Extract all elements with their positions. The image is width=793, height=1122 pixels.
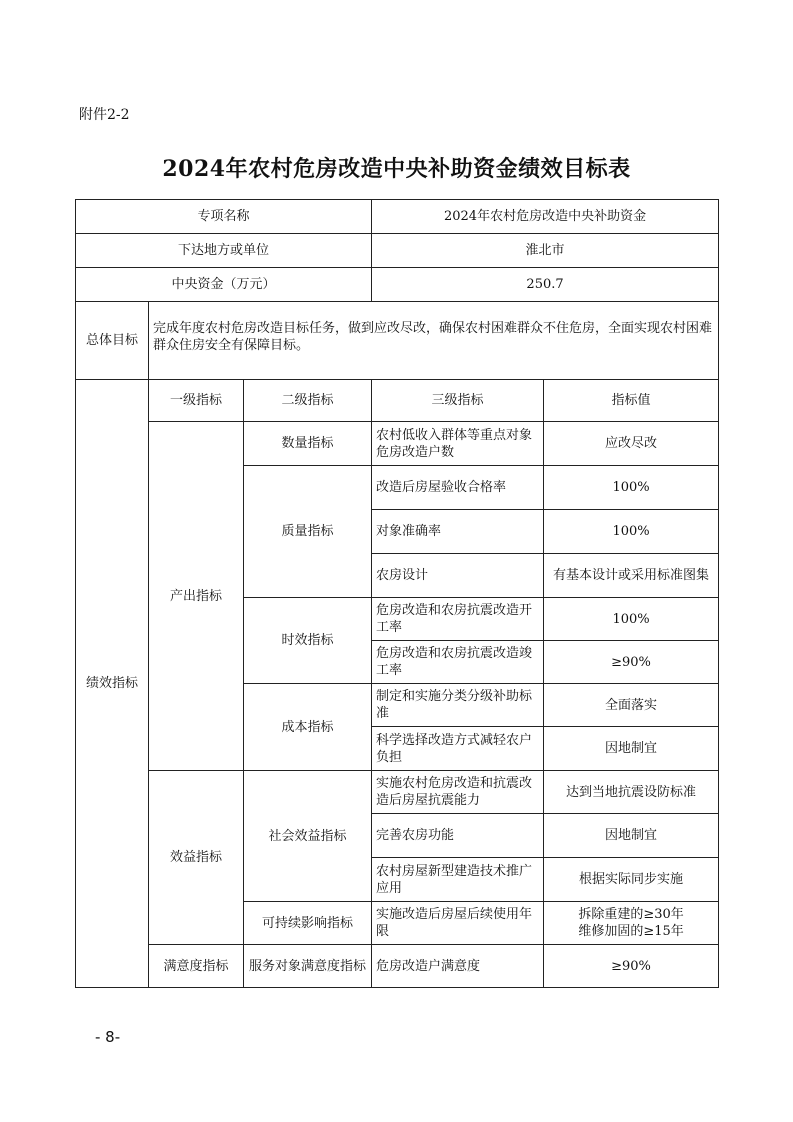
- value-cell: 全面落实: [544, 684, 719, 727]
- info-label: 下达地方或单位: [76, 234, 372, 268]
- level3-cell: 农村房屋新型建造技术推广应用: [372, 858, 544, 902]
- level3-cell: 农房设计: [372, 554, 544, 598]
- header-level2: 二级指标: [244, 380, 372, 422]
- header-level3: 三级指标: [372, 380, 544, 422]
- value-cell: 100%: [544, 598, 719, 641]
- level3-cell: 危房改造和农房抗震改造开工率: [372, 598, 544, 641]
- level1-output: 产出指标: [149, 422, 244, 771]
- attachment-label: 附件2-2: [79, 104, 130, 124]
- level3-cell: 危房改造和农房抗震改造竣工率: [372, 641, 544, 684]
- value-cell: 因地制宜: [544, 727, 719, 771]
- page-number: - 8-: [95, 1028, 120, 1046]
- overall-goal-text: 完成年度农村危房改造目标任务，做到应改尽改，确保农村困难群众不住危房，全面实现农…: [149, 302, 719, 380]
- level3-cell: 实施改造后房屋后续使用年限: [372, 902, 544, 945]
- table-row: 满意度指标 服务对象满意度指标 危房改造户满意度 ≥90%: [76, 945, 719, 988]
- value-cell: 拆除重建的≥30年 维修加固的≥15年: [544, 902, 719, 945]
- header-value: 指标值: [544, 380, 719, 422]
- table-row: 产出指标 数量指标 农村低收入群体等重点对象危房改造户数 应改尽改: [76, 422, 719, 466]
- level2-cost: 成本指标: [244, 684, 372, 771]
- value-cell: 应改尽改: [544, 422, 719, 466]
- level2-sustainability: 可持续影响指标: [244, 902, 372, 945]
- level2-social-benefit: 社会效益指标: [244, 771, 372, 902]
- value-cell: 根据实际同步实施: [544, 858, 719, 902]
- info-label: 中央资金（万元）: [76, 268, 372, 302]
- info-row: 下达地方或单位 淮北市: [76, 234, 719, 268]
- value-cell: 达到当地抗震设防标准: [544, 771, 719, 814]
- info-row: 中央资金（万元） 250.7: [76, 268, 719, 302]
- level3-cell: 完善农房功能: [372, 814, 544, 858]
- level3-cell: 科学选择改造方式减轻农户负担: [372, 727, 544, 771]
- performance-label: 绩效指标: [76, 380, 149, 988]
- header-row: 绩效指标 一级指标 二级指标 三级指标 指标值: [76, 380, 719, 422]
- level2-satisfaction: 服务对象满意度指标: [244, 945, 372, 988]
- level3-cell: 危房改造户满意度: [372, 945, 544, 988]
- info-value: 2024年农村危房改造中央补助资金: [372, 200, 719, 234]
- level2-quality: 质量指标: [244, 466, 372, 598]
- level2-quantity: 数量指标: [244, 422, 372, 466]
- level3-cell: 制定和实施分类分级补助标准: [372, 684, 544, 727]
- value-cell: ≥90%: [544, 945, 719, 988]
- value-cell: 100%: [544, 466, 719, 510]
- level3-cell: 实施农村危房改造和抗震改造后房屋抗震能力: [372, 771, 544, 814]
- value-cell: 因地制宜: [544, 814, 719, 858]
- info-label: 专项名称: [76, 200, 372, 234]
- info-row: 专项名称 2024年农村危房改造中央补助资金: [76, 200, 719, 234]
- level3-cell: 对象准确率: [372, 510, 544, 554]
- performance-target-table: 专项名称 2024年农村危房改造中央补助资金 下达地方或单位 淮北市 中央资金（…: [75, 199, 719, 988]
- value-cell: 有基本设计或采用标准图集: [544, 554, 719, 598]
- table-row: 效益指标 社会效益指标 实施农村危房改造和抗震改造后房屋抗震能力 达到当地抗震设…: [76, 771, 719, 814]
- level3-cell: 改造后房屋验收合格率: [372, 466, 544, 510]
- info-value: 淮北市: [372, 234, 719, 268]
- document-title: 2024年农村危房改造中央补助资金绩效目标表: [0, 152, 793, 183]
- value-cell: 100%: [544, 510, 719, 554]
- value-cell: ≥90%: [544, 641, 719, 684]
- info-value: 250.7: [372, 268, 719, 302]
- level1-benefit: 效益指标: [149, 771, 244, 945]
- overall-goal-label: 总体目标: [76, 302, 149, 380]
- level3-cell: 农村低收入群体等重点对象危房改造户数: [372, 422, 544, 466]
- header-level1: 一级指标: [149, 380, 244, 422]
- level2-timeliness: 时效指标: [244, 598, 372, 684]
- overall-goal-row: 总体目标 完成年度农村危房改造目标任务，做到应改尽改，确保农村困难群众不住危房，…: [76, 302, 719, 380]
- level1-satisfaction: 满意度指标: [149, 945, 244, 988]
